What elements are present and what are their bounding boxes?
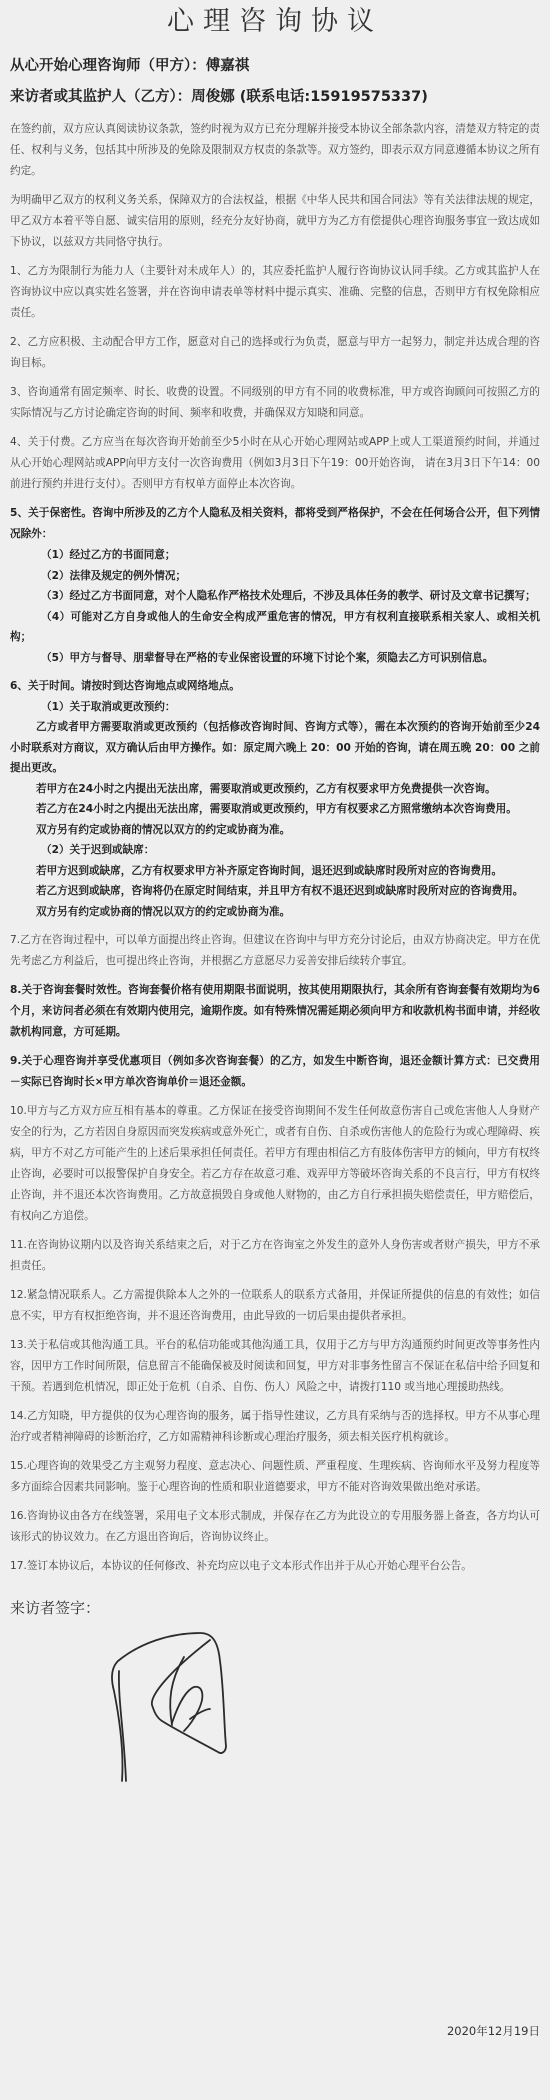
clause-2: 2、乙方应积极、主动配合甲方工作，愿意对自己的选择或行为负责，愿意与甲方一起努力… [10,332,540,374]
clause-6-sub1-paragraph-3: 若乙方在24小时之内提出无法出席，需要取消或更改预约，甲方有权要求乙方照常缴纳本… [10,799,540,820]
clause-6-time: 6、关于时间。请按时到达咨询地点或网络地点。 （1）关于取消或更改预约： 乙方或… [10,676,540,922]
clause-6-sub1-paragraph-2: 若甲方在24小时之内提出无法出席，需要取消或更改预约，乙方有权要求甲方免费提供一… [10,779,540,800]
clause-5-item-3: （3）经过乙方书面同意，对个人隐私作严格技术处理后，不涉及具体任务的教学、研讨及… [10,586,540,607]
clause-6-sub1-paragraph-1: 乙方或者甲方需要取消或更改预约（包括修改咨询时间、咨询方式等），需在本次预约的咨… [10,717,540,779]
clause-4: 4、关于付费。乙方应当在每次咨询开始前至少5小时在从心开始心理网站或APP上或人… [10,432,540,495]
clause-14: 14.乙方知晓，甲方提供的仅为心理咨询的服务，属于指导性建议，乙方具有采纳与否的… [10,1406,540,1448]
clause-9: 9.关于心理咨询并享受优惠项目（例如多次咨询套餐）的乙方，如发生中断咨询，退还金… [10,1051,540,1093]
clause-1: 1、乙方为限制行为能力人（主要针对未成年人）的，其应委托监护人履行咨询协议认同手… [10,261,540,324]
clause-17: 17.签订本协议后，本协议的任何修改、补充均应以电子文本形式作出并于从心开始心理… [10,1556,540,1577]
preamble-paragraph-1: 在签约前，双方应认真阅读协议条款，签约时视为双方已充分理解并接受本协议全部条款内… [10,119,540,182]
clause-11: 11.在咨询协议期内以及咨询关系结束之后，对于乙方在咨询室之外发生的意外人身伤害… [10,1235,540,1277]
handwritten-signature-icon [110,1631,240,1791]
clause-5-confidentiality: 5、关于保密性。咨询中所涉及的乙方个人隐私及相关资料，都将受到严格保护，不会在任… [10,503,540,668]
clause-10: 10.甲方与乙方双方应互相有基本的尊重。乙方保证在接受咨询期间不发生任何故意伤害… [10,1101,540,1227]
clause-6-sub1-paragraph-4: 双方另有约定或协商的情况以双方的约定或协商为准。 [10,820,540,841]
clause-13: 13.关于私信或其他沟通工具。平台的私信功能或其他沟通工具，仅用于乙方与甲方沟通… [10,1335,540,1398]
clause-6-sub2-paragraph-3: 双方另有约定或协商的情况以双方的约定或协商为准。 [10,902,540,923]
clause-16: 16.咨询协议由各方在线签署，采用电子文本形式制成，并保存在乙方为此设立的专用服… [10,1506,540,1548]
clause-5-item-2: （2）法律及规定的例外情况； [10,566,540,587]
clause-5-intro: 5、关于保密性。咨询中所涉及的乙方个人隐私及相关资料，都将受到严格保护，不会在任… [10,503,540,545]
clause-5-item-1: （1）经过乙方的书面同意； [10,545,540,566]
clause-6-sub2-title: （2）关于迟到或缺席： [10,840,540,861]
clause-6-sub2-paragraph-2: 若乙方迟到或缺席，咨询将仍在原定时间结束，并且甲方有权不退还迟到或缺席时段所对应… [10,881,540,902]
clause-5-item-4: （4）可能对乙方自身或他人的生命安全构成严重危害的情况，甲方有权利直接联系相关家… [10,607,540,648]
agreement-document: 心理咨询协议 从心开始心理咨询师（甲方）：傅嘉祺 来访者或其监护人（乙方）：周俊… [0,0,550,1849]
signature-date: 2020年12月19日 [447,2023,540,2039]
clause-15: 15.心理咨询的效果受乙方主观努力程度、意志决心、问题性质、严重程度、生理疾病、… [10,1456,540,1498]
clause-7: 7.乙方在咨询过程中，可以单方面提出终止咨询。但建议在咨询中与甲方充分讨论后，由… [10,930,540,972]
party-b-line: 来访者或其监护人（乙方）：周俊娜 (联系电话:15919575337) [10,87,540,107]
clause-5-item-5: （5）甲方与督导、朋辈督导在严格的专业保密设置的环境下讨论个案，须隐去乙方可识别… [10,648,540,669]
signature-area [10,1619,540,1849]
clause-3: 3、咨询通常有固定频率、时长、收费的设置。不同级别的甲方有不同的收费标准，甲方或… [10,382,540,424]
document-title: 心理咨询协议 [10,0,540,44]
signature-label: 来访者签字： [10,1597,540,1619]
preamble-paragraph-2: 为明确甲乙双方的权利义务关系，保障双方的合法权益，根据《中华人民共和国合同法》等… [10,190,540,253]
clause-8: 8.关于咨询套餐时效性。咨询套餐价格有使用期限书面说明，按其使用期限执行，其余所… [10,980,540,1043]
clause-6-sub2-paragraph-1: 若甲方迟到或缺席，乙方有权要求甲方补齐原定咨询时间，退还迟到或缺席时段所对应的咨… [10,861,540,882]
clause-6-sub1-title: （1）关于取消或更改预约： [10,697,540,718]
clause-12: 12.紧急情况联系人。乙方需提供除本人之外的一位联系人的联系方式备用，并保证所提… [10,1285,540,1327]
party-a-line: 从心开始心理咨询师（甲方）：傅嘉祺 [10,56,540,76]
clause-6-intro: 6、关于时间。请按时到达咨询地点或网络地点。 [10,676,540,697]
